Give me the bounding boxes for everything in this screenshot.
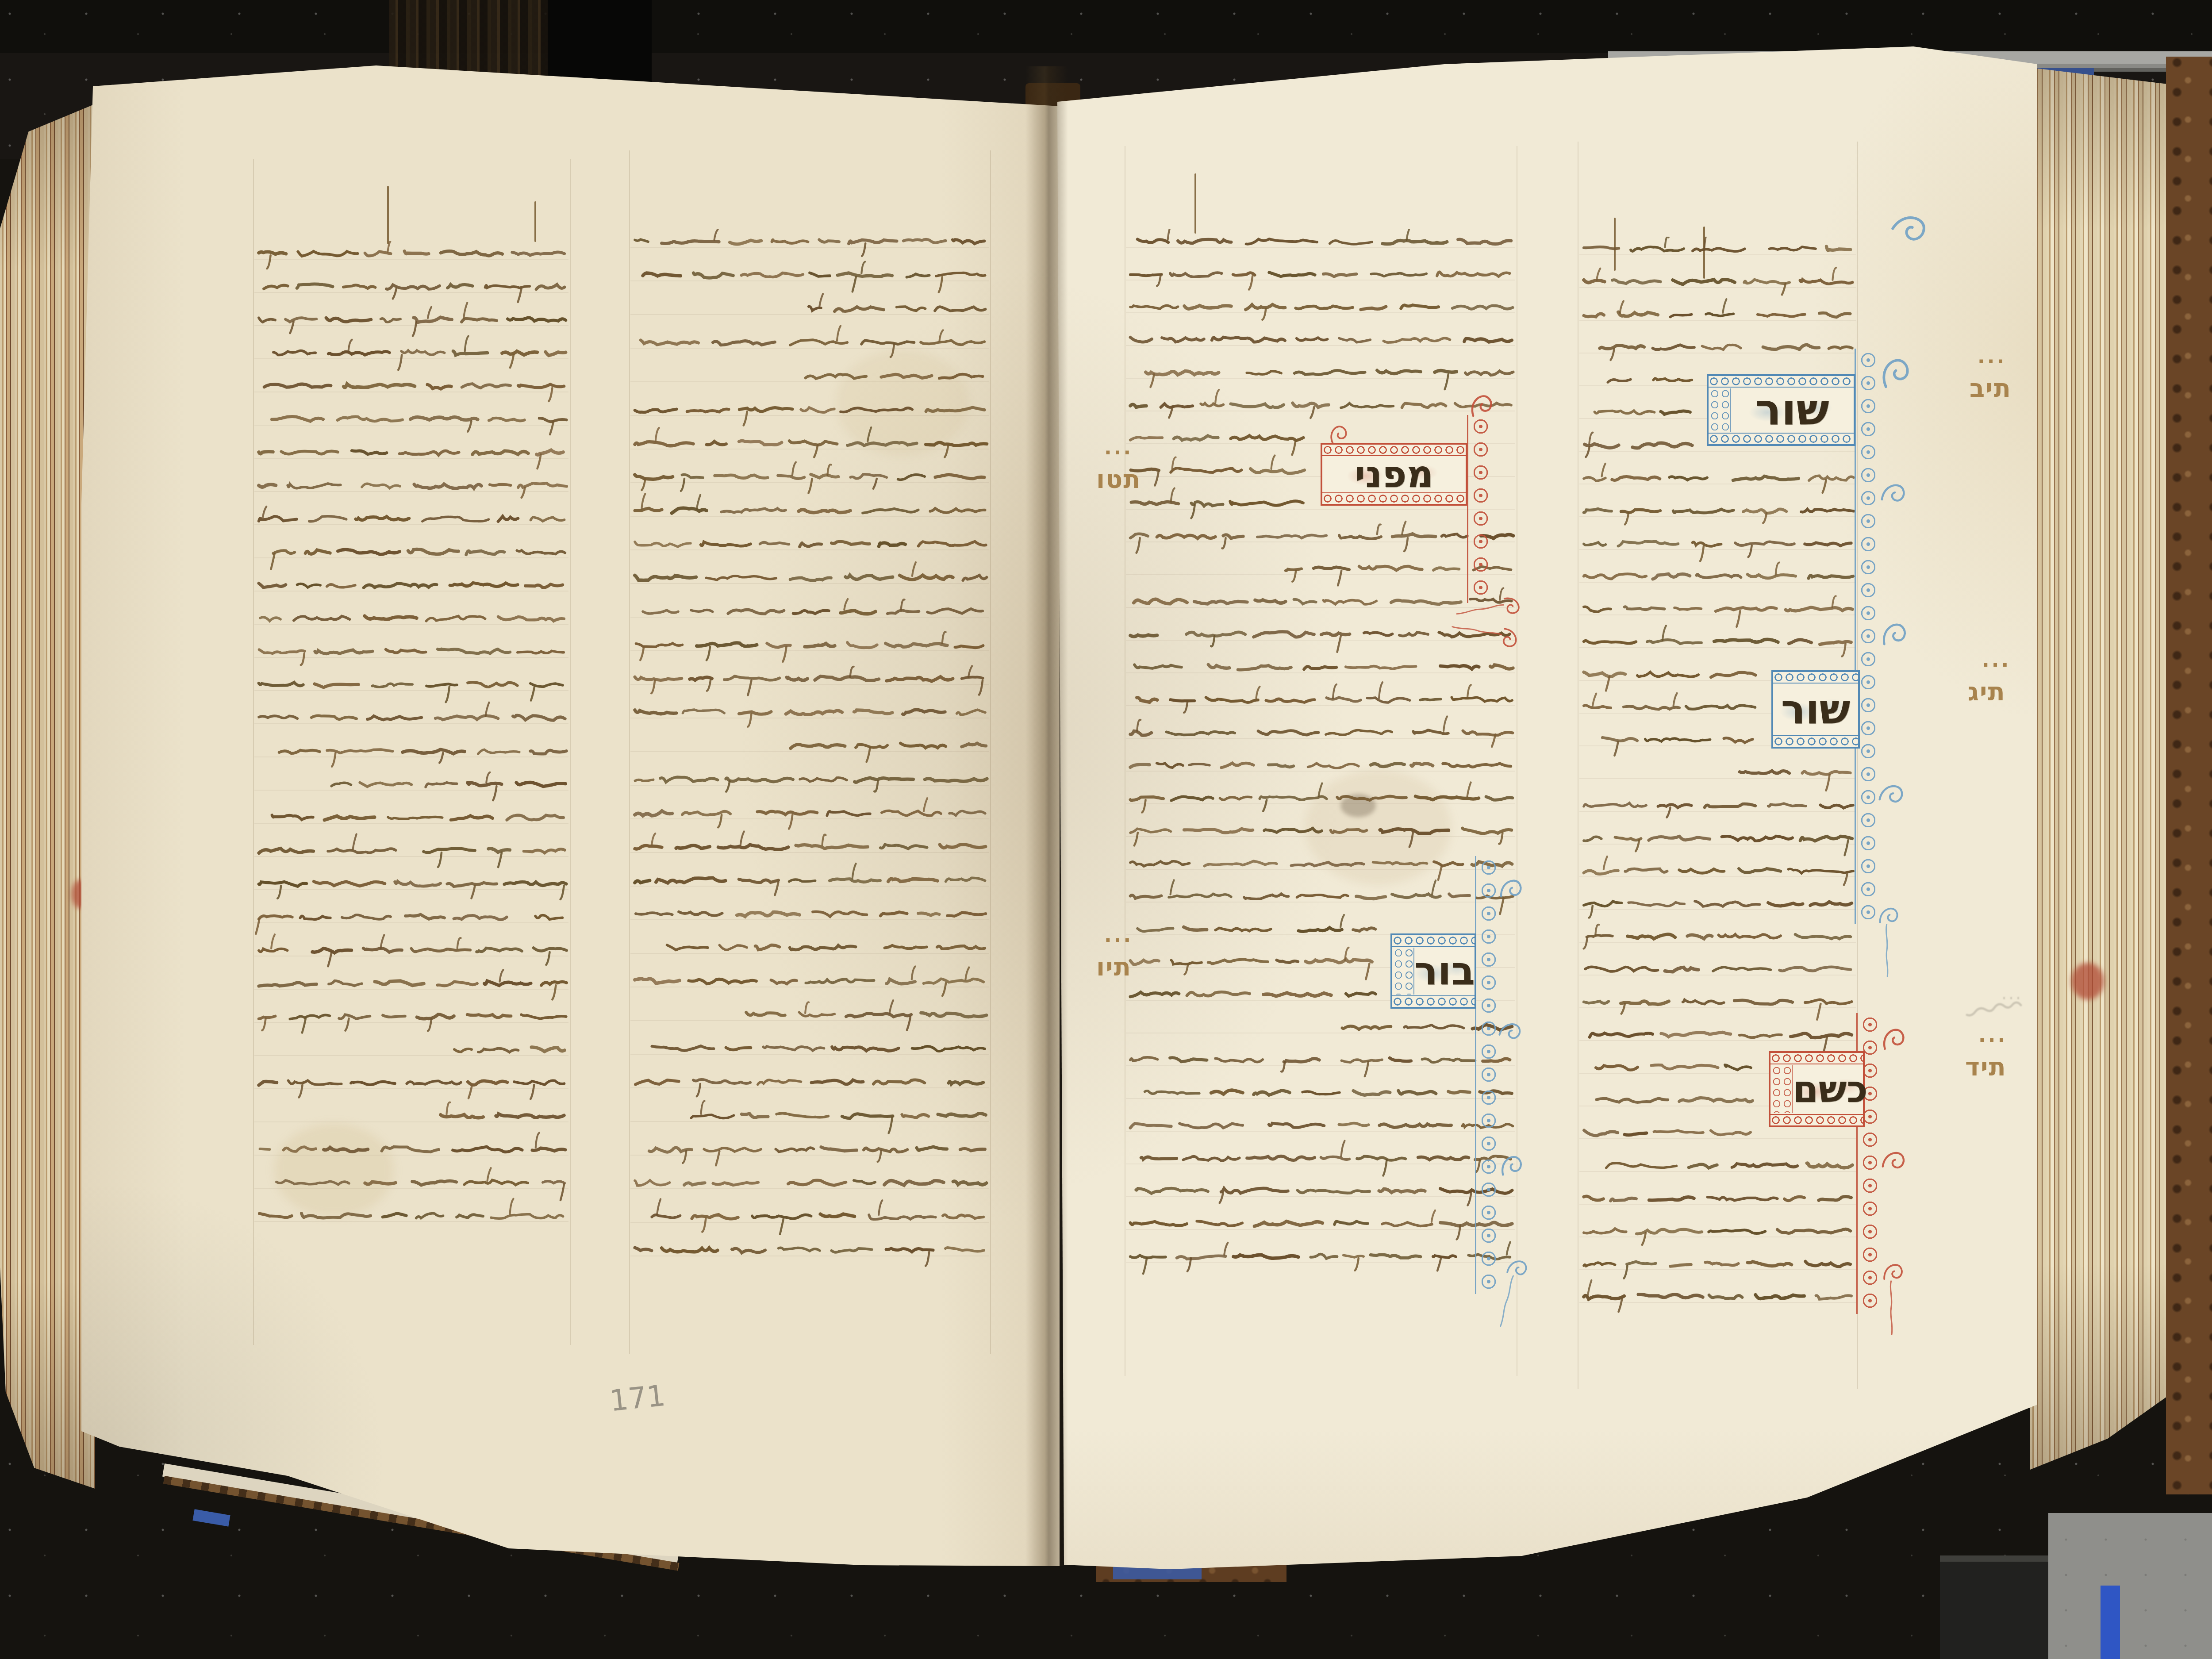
margin-note-outer-3: תיד xyxy=(1965,1053,2007,1082)
margin-note-outer-2: תיג xyxy=(1968,678,2006,707)
blue-tape-strip xyxy=(2101,1586,2120,1659)
red-edge-stain xyxy=(2071,963,2104,1000)
initial-word: בור xyxy=(1414,952,1475,991)
text-column-left-outer xyxy=(254,241,568,1254)
margin-note-outer-1: תיב xyxy=(1970,374,2012,403)
ascender-stroke xyxy=(1194,173,1196,234)
cradle-support-box xyxy=(1940,1555,2050,1659)
penwork-band-blue-inner xyxy=(1475,856,1503,1294)
initial-word: מפני xyxy=(1355,456,1434,493)
panel-scallop-border xyxy=(1773,672,1858,684)
ascender-stroke xyxy=(534,201,536,242)
penwork-band-blue-outer xyxy=(1855,349,1882,924)
ruling-line xyxy=(990,150,991,1354)
margin-note-gutter-2: תיו xyxy=(1096,953,1132,982)
margin-note-gutter-1: תטו xyxy=(1096,465,1141,494)
manuscript-photo: מפני שור שור בור כשם ··· תיב ··· תיג ···… xyxy=(0,0,2212,1659)
abbreviation-dots: ··· xyxy=(1104,442,1133,464)
initial-word: שור xyxy=(1781,689,1851,730)
fore-edge-right-stack xyxy=(2030,62,2171,1475)
panel-scallop-border xyxy=(1770,1053,1863,1064)
fore-edge-left-stack xyxy=(0,104,95,1489)
pencil-folio-number: 171 xyxy=(608,1379,667,1418)
panel-scallop-border xyxy=(1773,735,1858,747)
panel-side-filigree xyxy=(1393,948,1414,995)
initial-word: שור xyxy=(1755,388,1829,432)
initial-word-panel-mipnei: מפני xyxy=(1321,443,1467,506)
ruling-line xyxy=(1517,146,1517,1376)
initial-word-panel-keshem: כשם xyxy=(1769,1051,1865,1127)
leather-cover-right xyxy=(2166,57,2212,1494)
ruling-line xyxy=(1125,146,1125,1376)
ruling-line xyxy=(1578,142,1578,1389)
initial-word-panel-shor-2: שור xyxy=(1771,670,1860,749)
abbreviation-dots: ··· xyxy=(1978,350,2006,373)
panel-scallop-border xyxy=(1392,995,1475,1007)
text-column-right-inner xyxy=(1126,229,1515,1294)
penwork-band-red-inner xyxy=(1467,415,1497,603)
initial-word-panel-bor: בור xyxy=(1390,933,1476,1009)
abbreviation-dots: ··· xyxy=(1982,654,2011,676)
panel-side-filigree xyxy=(1771,1065,1793,1113)
abbreviation-dots: ··· xyxy=(1104,929,1133,952)
ruling-line xyxy=(253,159,254,1345)
panel-scallop-border xyxy=(1392,935,1475,947)
ascender-stroke xyxy=(387,186,389,244)
table-surface xyxy=(2048,1513,2212,1659)
abbreviation-dots: ··· xyxy=(1978,1029,2007,1052)
initial-word: כשם xyxy=(1793,1071,1868,1108)
ruling-line xyxy=(629,150,630,1354)
faded-pencil-note xyxy=(1955,995,2025,1028)
panel-side-filigree xyxy=(1709,388,1731,432)
panel-scallop-border xyxy=(1770,1114,1863,1125)
initial-word-panel-shor-1: שור xyxy=(1707,374,1855,446)
text-column-left-inner xyxy=(630,229,989,1289)
ruling-line xyxy=(570,159,571,1345)
